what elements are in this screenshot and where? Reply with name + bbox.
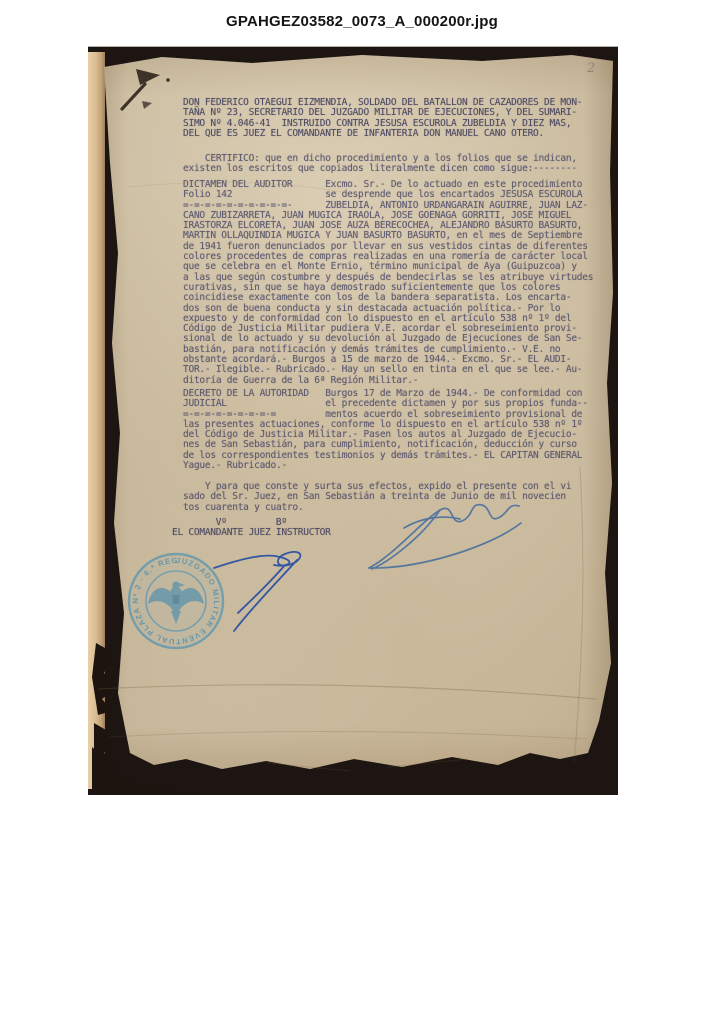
torn-edge-marks — [92, 643, 216, 795]
paper-creases — [98, 182, 596, 771]
stamp-ring-text: JUZGADO MILITAR EVENTUAL PLAZA Nº 2 · 6.… — [88, 47, 221, 646]
official-round-stamp: JUZGADO MILITAR EVENTUAL PLAZA Nº 2 · 6.… — [88, 47, 223, 648]
ink-marks-overlay: JUZGADO MILITAR EVENTUAL PLAZA Nº 2 · 6.… — [88, 47, 618, 795]
judge-signature — [369, 505, 521, 569]
secretary-signature — [214, 552, 300, 631]
scanned-document-page: GPAHGEZ03582_0073_A_000200r.jpg 2 DON FE… — [0, 0, 724, 1024]
document-photo: 2 DON FEDERICO OTAEGUI EIZMENDIA, SOLDAD… — [88, 46, 618, 795]
staple-mark — [122, 69, 170, 109]
filename-title: GPAHGEZ03582_0073_A_000200r.jpg — [0, 13, 724, 30]
svg-text:JUZGADO MILITAR EVENTUAL PLAZA: JUZGADO MILITAR EVENTUAL PLAZA Nº 2 · 6.… — [88, 47, 221, 646]
